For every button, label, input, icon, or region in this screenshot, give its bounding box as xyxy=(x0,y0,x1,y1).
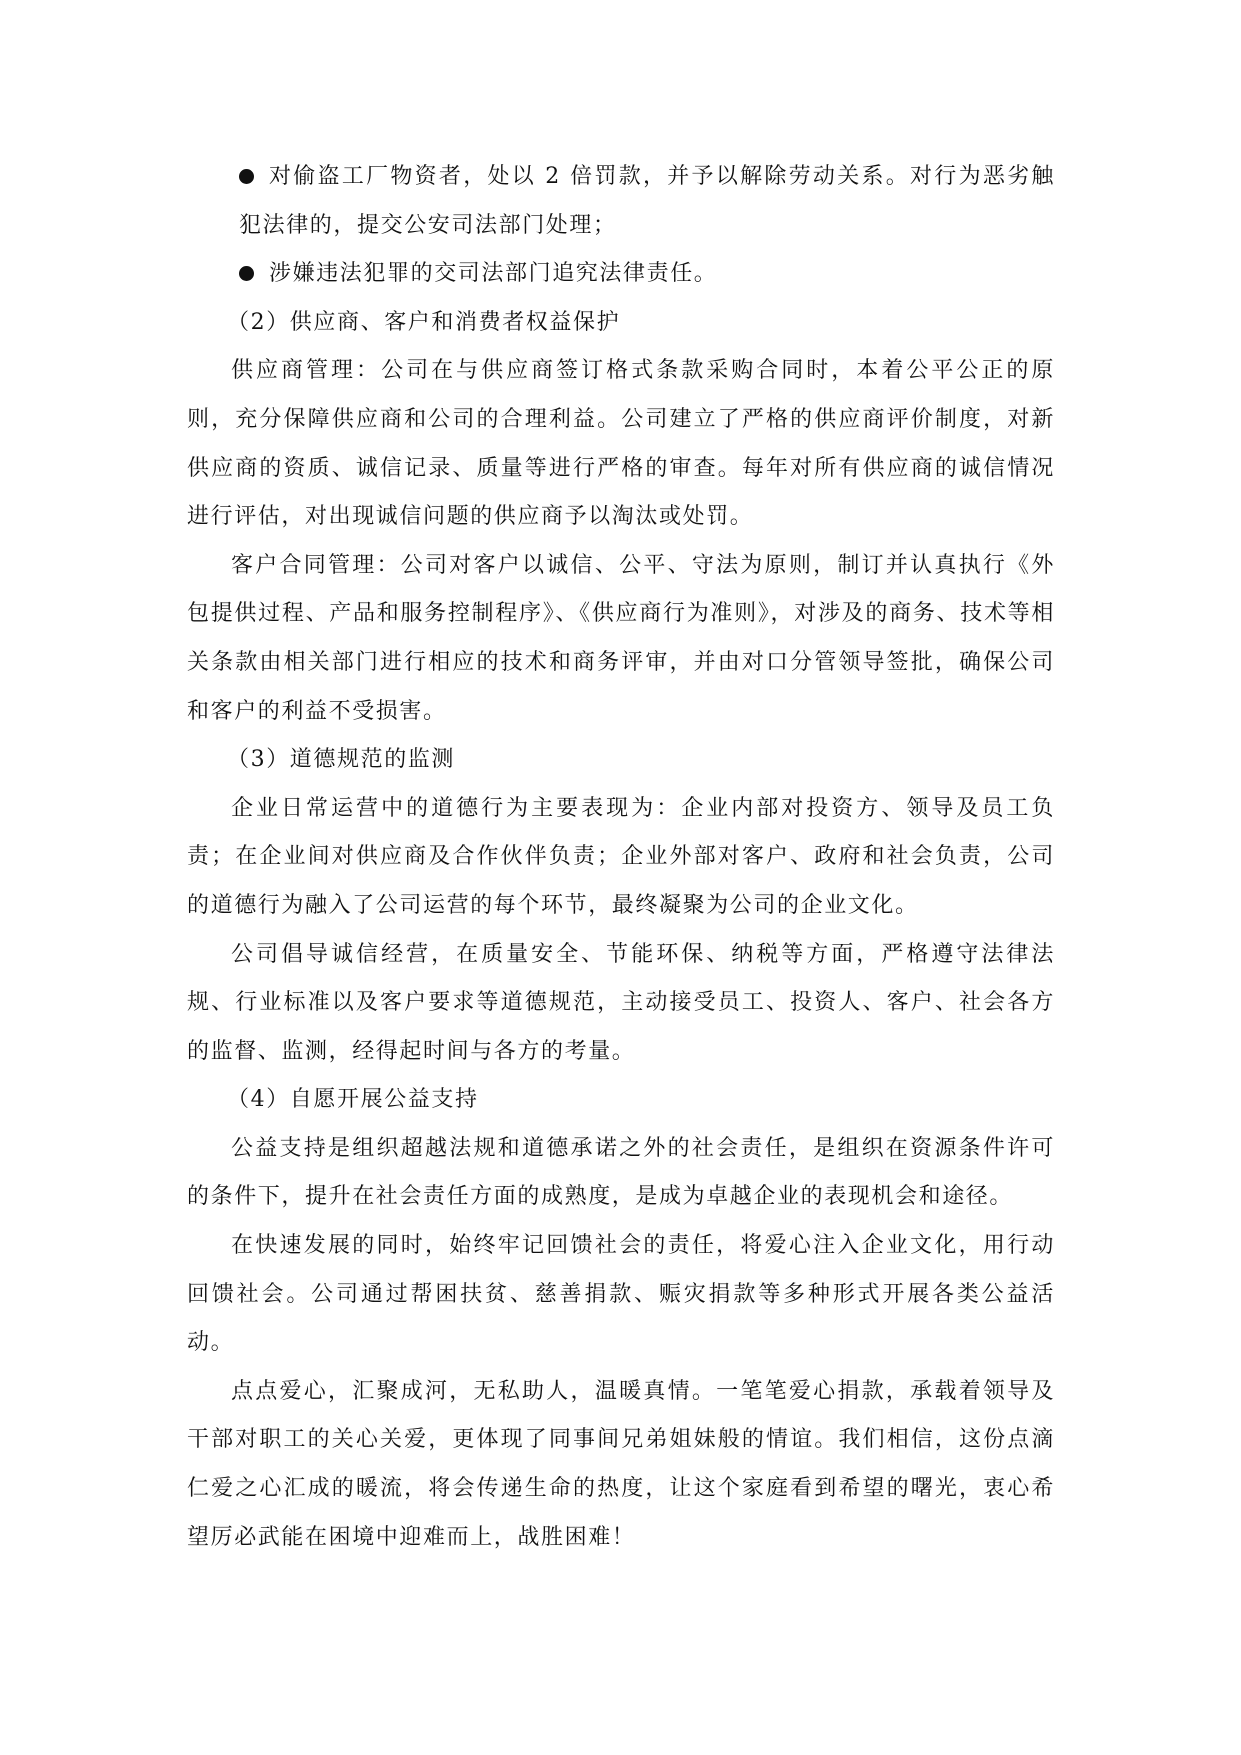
paragraph-giving-back: 在快速发展的同时，始终牢记回馈社会的责任，将爱心注入企业文化，用行动回馈社会。公… xyxy=(187,1222,1055,1368)
paragraph-donation: 点点爱心，汇聚成河，无私助人，温暖真情。一笔笔爱心捐款，承载着领导及干部对职工的… xyxy=(187,1368,1055,1562)
paragraph-customer-contract: 客户合同管理：公司对客户以诚信、公平、守法为原则，制订并认真执行《外包提供过程、… xyxy=(187,542,1055,736)
paragraph-supplier-management: 供应商管理：公司在与供应商签订格式条款采购合同时，本着公平公正的原则，充分保障供… xyxy=(187,347,1055,541)
bullet-text: 涉嫌违法犯罪的交司法部门追究法律责任。 xyxy=(187,250,1055,299)
paragraph-public-welfare: 公益支持是组织超越法规和道德承诺之外的社会责任，是组织在资源条件许可的条件下，提… xyxy=(187,1125,1055,1222)
bullet-item: 对偷盗工厂物资者，处以 2 倍罚款，并予以解除劳动关系。对行为恶劣触犯法律的，提… xyxy=(187,153,1055,250)
bullet-item: 涉嫌违法犯罪的交司法部门追究法律责任。 xyxy=(187,250,1055,299)
section-heading: （3）道德规范的监测 xyxy=(187,736,1055,785)
section-heading: （4）自愿开展公益支持 xyxy=(187,1076,1055,1125)
document-body: 对偷盗工厂物资者，处以 2 倍罚款，并予以解除劳动关系。对行为恶劣触犯法律的，提… xyxy=(187,153,1055,1562)
paragraph-ethics-behavior: 企业日常运营中的道德行为主要表现为：企业内部对投资方、领导及员工负责；在企业间对… xyxy=(187,785,1055,931)
section-heading: （2）供应商、客户和消费者权益保护 xyxy=(187,299,1055,348)
bullet-text: 对偷盗工厂物资者，处以 2 倍罚款，并予以解除劳动关系。对行为恶劣触犯法律的，提… xyxy=(187,153,1055,250)
bullet-dot-icon xyxy=(239,169,254,184)
paragraph-integrity: 公司倡导诚信经营，在质量安全、节能环保、纳税等方面，严格遵守法律法规、行业标准以… xyxy=(187,931,1055,1077)
document-page: 对偷盗工厂物资者，处以 2 倍罚款，并予以解除劳动关系。对行为恶劣触犯法律的，提… xyxy=(0,0,1241,1755)
